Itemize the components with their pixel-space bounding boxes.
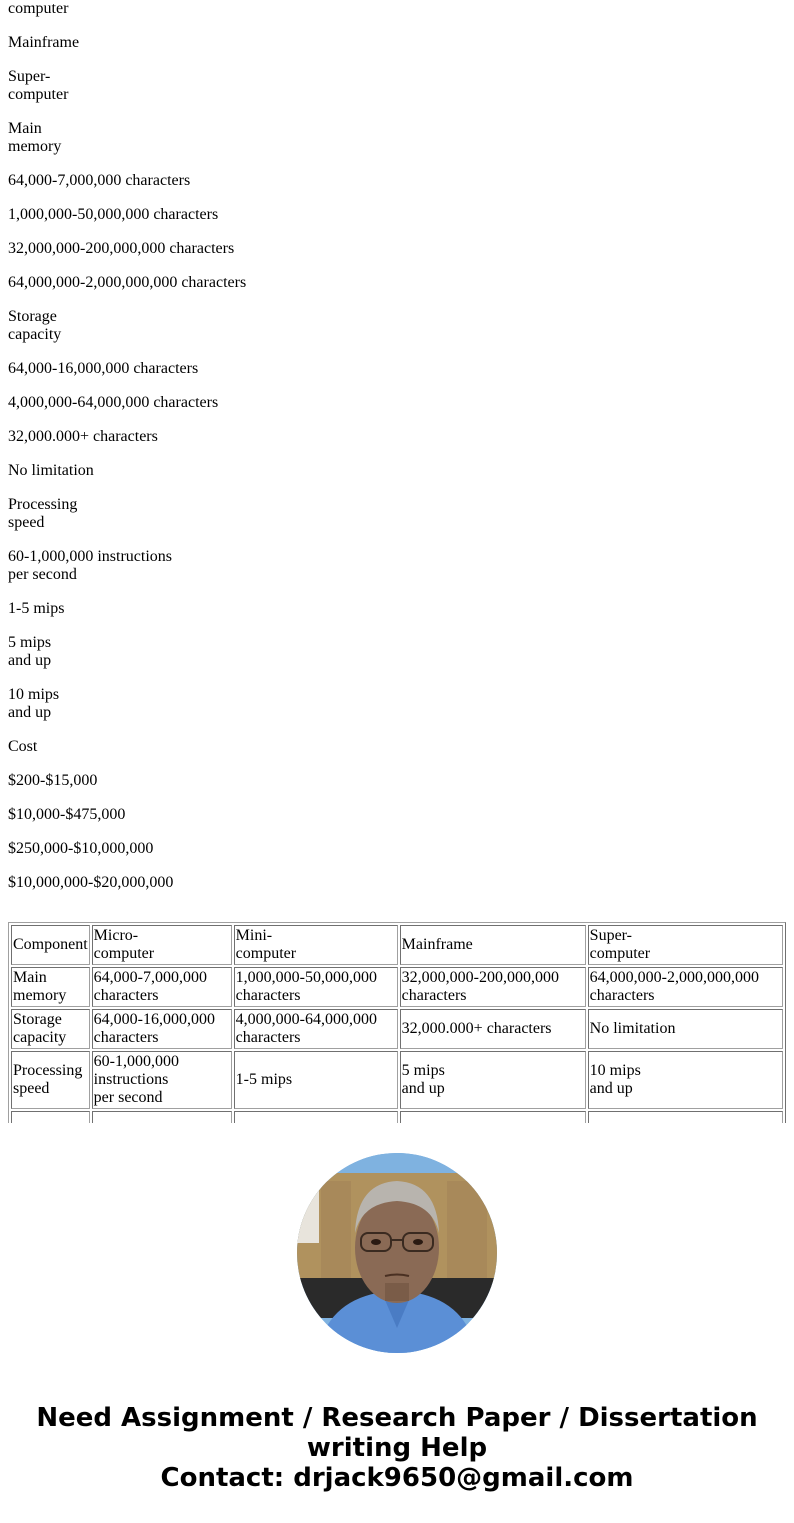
text-mainframe: Mainframe <box>8 34 786 52</box>
table-cell: 64,000-16,000,000 characters <box>92 1009 232 1049</box>
text-value: 32,000.000+ characters <box>8 428 786 446</box>
table-row: Storage capacity 64,000-16,000,000 chara… <box>11 1009 783 1049</box>
table-cell: 32,000,000-200,000,000 characters <box>400 967 586 1007</box>
text-value: 10 mips and up <box>8 686 786 722</box>
text-value: 60-1,000,000 instructions per second <box>8 548 786 584</box>
person-photo-icon <box>297 1153 497 1353</box>
table-cell: 64,000-7,000,000 characters <box>92 967 232 1007</box>
header-cell: Super- computer <box>588 925 783 965</box>
text-value: $200-$15,000 <box>8 772 786 790</box>
table-header-row: Component Micro- computer Mini- computer… <box>11 925 783 965</box>
text-cost: Cost <box>8 738 786 756</box>
table-cell: 64,000,000-2,000,000,000 characters <box>588 967 783 1007</box>
text-value: $250,000-$10,000,000 <box>8 840 786 858</box>
text-value: 64,000-16,000,000 characters <box>8 360 786 378</box>
row-label-cell: Storage capacity <box>11 1009 90 1049</box>
text-main-memory: Main memory <box>8 120 786 156</box>
table-cell: $250,000-$10,000,000 <box>400 1111 586 1123</box>
row-label-cell: Processing speed <box>11 1051 90 1109</box>
text-value: 1-5 mips <box>8 600 786 618</box>
author-avatar <box>297 1153 497 1353</box>
text-storage-capacity: Storage capacity <box>8 308 786 344</box>
text-value: 64,000-7,000,000 characters <box>8 172 786 190</box>
row-label-cell: Cost <box>11 1111 90 1123</box>
text-mini-computer: Mini- computer <box>8 0 786 18</box>
table-cell: $10,000-$475,000 <box>234 1111 398 1123</box>
text-value: $10,000-$475,000 <box>8 806 786 824</box>
text-value: 5 mips and up <box>8 634 786 670</box>
header-cell: Mainframe <box>400 925 586 965</box>
header-cell: Micro- computer <box>92 925 232 965</box>
header-cell: Mini- computer <box>234 925 398 965</box>
promo-line-2: writing Help <box>0 1433 794 1463</box>
text-value: 1,000,000-50,000,000 characters <box>8 206 786 224</box>
promo-contact-line: Contact: drjack9650@gmail.com <box>0 1463 794 1493</box>
table-cell: 1,000,000-50,000,000 characters <box>234 967 398 1007</box>
header-cell: Component <box>11 925 90 965</box>
table-cell: $200-$15,000 <box>92 1111 232 1123</box>
table-cell: 4,000,000-64,000,000 characters <box>234 1009 398 1049</box>
table-cell: 10 mips and up <box>588 1051 783 1109</box>
promo-banner: Need Assignment / Research Paper / Disse… <box>0 1403 794 1493</box>
text-value: $10,000,000-$20,000,000 <box>8 874 786 892</box>
text-value: 32,000,000-200,000,000 characters <box>8 240 786 258</box>
table-cell: 1-5 mips <box>234 1051 398 1109</box>
text-value: 4,000,000-64,000,000 characters <box>8 394 786 412</box>
table-cell: 32,000.000+ characters <box>400 1009 586 1049</box>
text-super-computer: Super- computer <box>8 68 786 104</box>
text-value: No limitation <box>8 462 786 480</box>
table-cell: 60-1,000,000 instructions per second <box>92 1051 232 1109</box>
text-processing-speed: Processing speed <box>8 496 786 532</box>
table-cell: $10,000,000-$20,000,000 <box>588 1111 783 1123</box>
table-cell: No limitation <box>588 1009 783 1049</box>
table-row: Processing speed 60-1,000,000 instructio… <box>11 1051 783 1109</box>
row-label-cell: Main memory <box>11 967 90 1007</box>
text-value: 64,000,000-2,000,000,000 characters <box>8 274 786 292</box>
promo-line-1: Need Assignment / Research Paper / Disse… <box>0 1403 794 1433</box>
table-row: Cost $200-$15,000 $10,000-$475,000 $250,… <box>11 1111 783 1123</box>
comparison-table-container: Component Micro- computer Mini- computer… <box>0 922 794 1123</box>
computer-comparison-table: Component Micro- computer Mini- computer… <box>8 922 786 1123</box>
table-cell: 5 mips and up <box>400 1051 586 1109</box>
table-row: Main memory 64,000-7,000,000 characters … <box>11 967 783 1007</box>
document-body: Mini- computer Mainframe Super- computer… <box>0 0 794 908</box>
